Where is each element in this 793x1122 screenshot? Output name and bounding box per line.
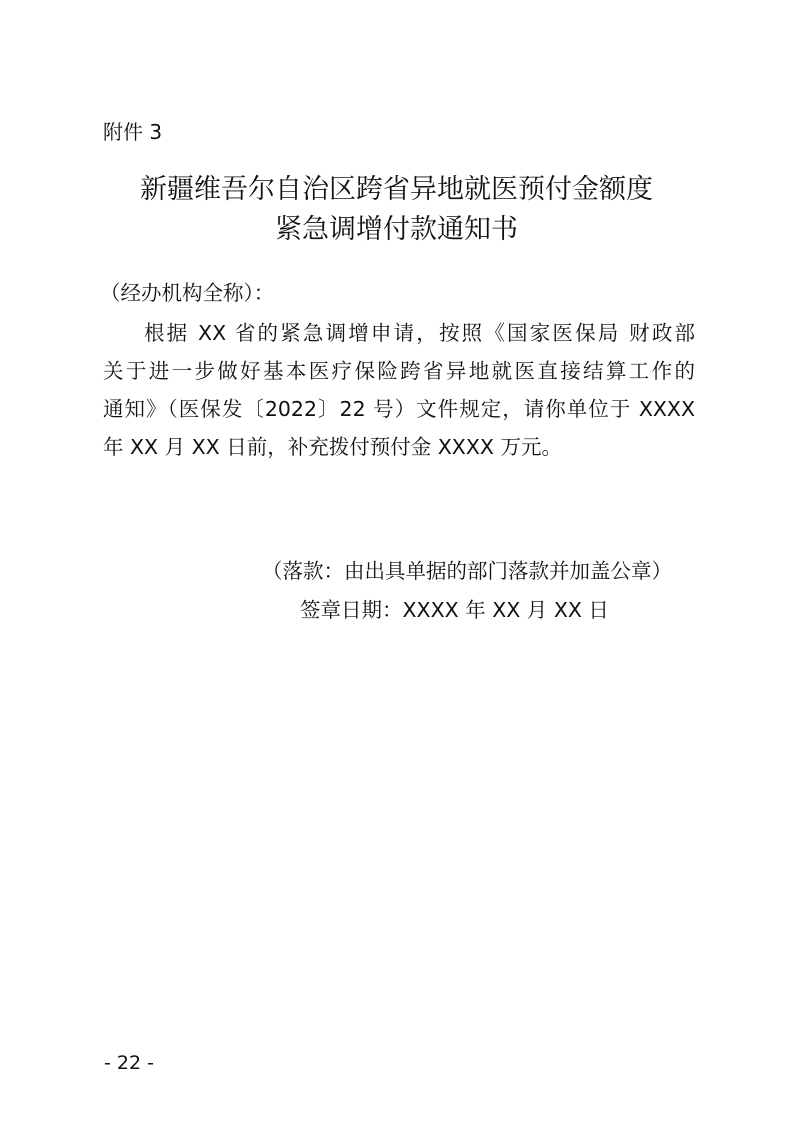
signature-date: 签章日期：XXXX 年 XX 月 XX 日 — [300, 593, 609, 623]
addressee: （经办机构全称）： — [100, 276, 274, 306]
document-title-line-2: 紧急调增付款通知书 — [0, 207, 793, 246]
paragraph-line-3: 通知》（医保发〔2022〕22 号）文件规定，请你单位于 XXXX — [103, 390, 695, 428]
paragraph-line-4: 年 XX 月 XX 日前，补充拨付预付金 XXXX 万元。 — [103, 428, 695, 466]
signature-note: （落款：由出具单据的部门落款并加盖公章） — [262, 554, 672, 584]
attachment-label: 附件 3 — [103, 116, 162, 145]
document-title-line-1: 新疆维吾尔自治区跨省异地就医预付金额度 — [0, 167, 793, 206]
paragraph-line-1: 根据 XX 省的紧急调增申请，按照《国家医保局 财政部 — [103, 314, 695, 352]
paragraph-line-2: 关于进一步做好基本医疗保险跨省异地就医直接结算工作的 — [103, 352, 695, 390]
page-number: - 22 - — [104, 1052, 154, 1074]
notice-paragraph: 根据 XX 省的紧急调增申请，按照《国家医保局 财政部 关于进一步做好基本医疗保… — [103, 314, 695, 466]
